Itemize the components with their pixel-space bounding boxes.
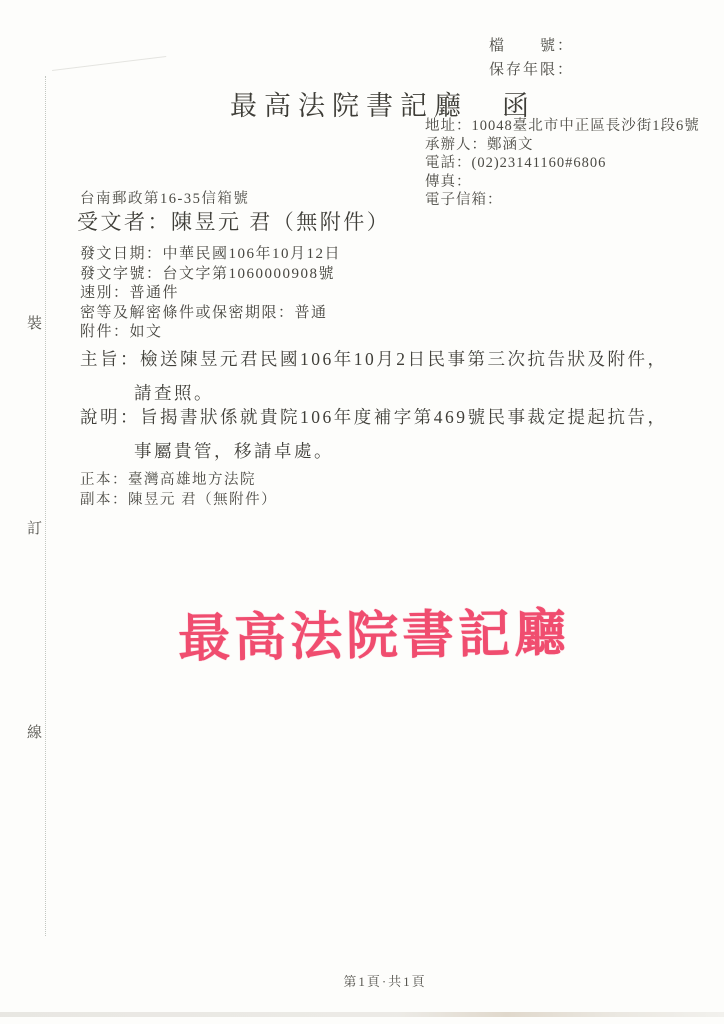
- scan-edge-band: [0, 1012, 724, 1017]
- scan-artifact-line: [52, 56, 166, 71]
- subject-line-1: 檢送陳昱元君民國106年10月2日民事第三次抗告狀及附件，: [140, 346, 668, 371]
- binding-label-bottom: 線: [27, 721, 45, 742]
- file-number-label: 檔 號：: [489, 34, 574, 58]
- handler-line: 承辦人：鄭涵文: [425, 136, 700, 155]
- address-line: 地址：10048臺北市中正區長沙街1段6號: [425, 117, 700, 136]
- recipient-line: 受文者：陳昱元 君（無附件）: [77, 206, 390, 236]
- description-paragraph: 說明：旨揭書狀係就貴院106年度補字第469號民事裁定提起抗告，: [80, 404, 668, 429]
- official-seal-stamp: 最高法院書記廳: [177, 592, 498, 671]
- issue-date-line: 發文日期：中華民國106年10月12日: [80, 245, 341, 265]
- mailbox-line: 台南郵政第16-35信箱號: [80, 187, 249, 208]
- subject-line-2: 請查照。: [134, 380, 214, 405]
- page-number-footer: 第1頁·共1頁: [0, 971, 724, 990]
- phone-line: 電話：(02)23141160#6806: [425, 154, 700, 173]
- binding-label-top: 裝: [27, 312, 45, 333]
- subject-label: 主旨：: [80, 349, 140, 369]
- meta-block: 發文日期：中華民國106年10月12日 發文字號：台文字第1060000908號…: [80, 245, 341, 343]
- description-line-1: 旨揭書狀係就貴院106年度補字第469號民事裁定提起抗告，: [140, 404, 668, 429]
- binding-label-middle: 訂: [27, 517, 45, 538]
- description-line-2: 事屬貴管，移請卓處。: [134, 438, 334, 463]
- original-copy-line: 正本：臺灣高雄地方法院: [80, 471, 277, 491]
- description-label: 說明：: [80, 407, 140, 427]
- duplicate-copy-line: 副本：陳昱元 君（無附件）: [80, 491, 277, 511]
- fax-line: 傳真：: [425, 173, 700, 192]
- email-line: 電子信箱：: [425, 191, 700, 210]
- document-page: 裝 訂 線 檔 號： 保存年限： 最高法院書記廳 函 地址：10048臺北市中正…: [0, 0, 724, 1024]
- contact-block: 地址：10048臺北市中正區長沙街1段6號 承辦人：鄭涵文 電話：(02)231…: [425, 117, 700, 210]
- attachment-line: 附件：如文: [80, 323, 341, 343]
- classification-line: 密等及解密條件或保密期限：普通: [80, 304, 341, 324]
- copies-block: 正本：臺灣高雄地方法院 副本：陳昱元 君（無附件）: [80, 471, 277, 510]
- doc-number-line: 發文字號：台文字第1060000908號: [80, 265, 341, 285]
- file-number-block: 檔 號： 保存年限：: [489, 34, 574, 82]
- retention-period-label: 保存年限：: [489, 58, 574, 82]
- speed-line: 速別：普通件: [80, 284, 341, 304]
- binding-dotted-line: [45, 76, 46, 936]
- subject-paragraph: 主旨：檢送陳昱元君民國106年10月2日民事第三次抗告狀及附件，: [80, 346, 668, 371]
